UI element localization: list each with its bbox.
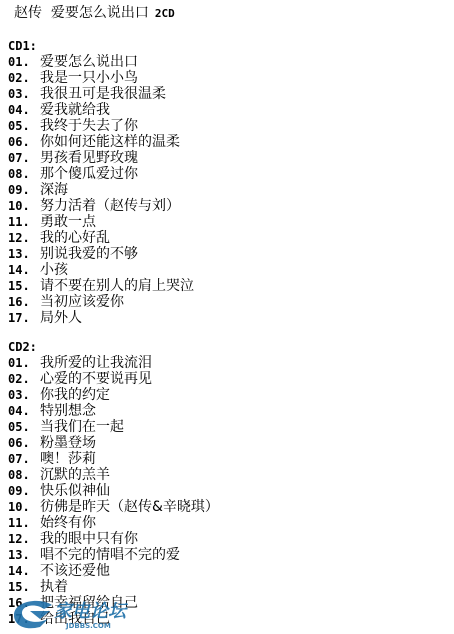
track-title: 沉默的羔羊 xyxy=(40,467,110,483)
track-number: 07. xyxy=(8,451,40,467)
track-number: 08. xyxy=(8,166,40,182)
track-number: 04. xyxy=(8,102,40,118)
track-title: 小孩 xyxy=(40,262,68,278)
track-number: 10. xyxy=(8,198,40,214)
track-title: 你如何还能这样的温柔 xyxy=(40,134,180,150)
track-number: 12. xyxy=(8,531,40,547)
track-row: 02.我是一只小小鸟 xyxy=(8,70,194,86)
track-row: 15.请不要在别人的肩上哭泣 xyxy=(8,278,194,294)
track-number: 15. xyxy=(8,278,40,294)
track-row: 16.当初应该爱你 xyxy=(8,294,194,310)
track-row: 04.特别想念 xyxy=(8,403,219,419)
track-number: 11. xyxy=(8,515,40,531)
track-number: 03. xyxy=(8,387,40,403)
cd1-label: CD1: xyxy=(8,38,194,54)
track-title: 努力活着（赵传与刘） xyxy=(40,198,180,214)
track-title: 我是一只小小鸟 xyxy=(40,70,138,86)
track-number: 02. xyxy=(8,371,40,387)
track-number: 04. xyxy=(8,403,40,419)
track-row: 17.局外人 xyxy=(8,310,194,326)
track-title: 局外人 xyxy=(40,310,82,326)
track-number: 02. xyxy=(8,70,40,86)
cd2-label: CD2: xyxy=(8,339,219,355)
track-row: 11.始终有你 xyxy=(8,515,219,531)
track-title: 当我们在一起 xyxy=(40,419,124,435)
track-title: 当初应该爱你 xyxy=(40,294,124,310)
track-number: 09. xyxy=(8,182,40,198)
track-row: 04.爱我就给我 xyxy=(8,102,194,118)
track-title: 男孩看见野玫瑰 xyxy=(40,150,138,166)
track-row: 10.彷佛是昨天（赵传&辛晓琪） xyxy=(8,499,219,515)
track-number: 05. xyxy=(8,419,40,435)
album-format-tag: 2CD xyxy=(155,7,175,20)
track-title: 我所爱的让我流泪 xyxy=(40,355,152,371)
album-name: 爱要怎么说出口 xyxy=(51,5,149,21)
track-title: 粉墨登场 xyxy=(40,435,96,451)
track-row: 06.粉墨登场 xyxy=(8,435,219,451)
track-title: 噢！莎莉 xyxy=(40,451,96,467)
track-number: 09. xyxy=(8,483,40,499)
track-title: 你我的约定 xyxy=(40,387,110,403)
track-title: 心爱的不要说再见 xyxy=(40,371,152,387)
track-number: 07. xyxy=(8,150,40,166)
track-number: 05. xyxy=(8,118,40,134)
svg-text:家电论坛: 家电论坛 xyxy=(54,601,129,622)
track-number: 06. xyxy=(8,435,40,451)
track-row: 08.沉默的羔羊 xyxy=(8,467,219,483)
track-number: 17. xyxy=(8,310,40,326)
cd1-tracklist: CD1: 01.爱要怎么说出口02.我是一只小小鸟03.我很丑可是我很温柔04.… xyxy=(8,38,194,326)
track-row: 03.你我的约定 xyxy=(8,387,219,403)
track-number: 01. xyxy=(8,355,40,371)
page-title: 赵传 爱要怎么说出口2CD xyxy=(14,5,175,22)
track-number: 06. xyxy=(8,134,40,150)
track-title: 爱要怎么说出口 xyxy=(40,54,138,70)
track-number: 01. xyxy=(8,54,40,70)
track-row: 03.我很丑可是我很温柔 xyxy=(8,86,194,102)
track-row: 14.不该还爱他 xyxy=(8,563,219,579)
track-row: 14.小孩 xyxy=(8,262,194,278)
track-number: 14. xyxy=(8,563,40,579)
track-title: 那个傻瓜爱过你 xyxy=(40,166,138,182)
track-title: 我的心好乱 xyxy=(40,230,110,246)
track-row: 05.我终于失去了你 xyxy=(8,118,194,134)
track-row: 06.你如何还能这样的温柔 xyxy=(8,134,194,150)
track-title: 特别想念 xyxy=(40,403,96,419)
track-title: 唱不完的情唱不完的爱 xyxy=(40,547,180,563)
swirl-logo-icon: 家电论坛 JDBBS.COM xyxy=(10,593,140,631)
track-row: 12.我的心好乱 xyxy=(8,230,194,246)
track-number: 08. xyxy=(8,467,40,483)
track-title: 我的眼中只有你 xyxy=(40,531,138,547)
track-row: 07.男孩看见野玫瑰 xyxy=(8,150,194,166)
track-row: 12.我的眼中只有你 xyxy=(8,531,219,547)
track-number: 12. xyxy=(8,230,40,246)
track-number: 16. xyxy=(8,294,40,310)
track-row: 01.我所爱的让我流泪 xyxy=(8,355,219,371)
track-row: 08.那个傻瓜爱过你 xyxy=(8,166,194,182)
track-number: 11. xyxy=(8,214,40,230)
track-title: 不该还爱他 xyxy=(40,563,110,579)
track-row: 13.唱不完的情唱不完的爱 xyxy=(8,547,219,563)
track-row: 05.当我们在一起 xyxy=(8,419,219,435)
track-row: 02.心爱的不要说再见 xyxy=(8,371,219,387)
track-number: 03. xyxy=(8,86,40,102)
track-title: 我很丑可是我很温柔 xyxy=(40,86,166,102)
track-row: 10.努力活着（赵传与刘） xyxy=(8,198,194,214)
track-number: 10. xyxy=(8,499,40,515)
artist-name: 赵传 xyxy=(14,5,42,21)
track-row: 11.勇敢一点 xyxy=(8,214,194,230)
track-row: 09.快乐似神仙 xyxy=(8,483,219,499)
track-row: 09.深海 xyxy=(8,182,194,198)
site-watermark-logo: 家电论坛 JDBBS.COM xyxy=(10,593,140,631)
track-title: 我终于失去了你 xyxy=(40,118,138,134)
cd2-tracklist: CD2: 01.我所爱的让我流泪02.心爱的不要说再见03.你我的约定04.特别… xyxy=(8,339,219,627)
track-title: 爱我就给我 xyxy=(40,102,110,118)
track-title: 深海 xyxy=(40,182,68,198)
track-number: 13. xyxy=(8,547,40,563)
track-row: 01.爱要怎么说出口 xyxy=(8,54,194,70)
track-title: 请不要在别人的肩上哭泣 xyxy=(40,278,194,294)
track-title: 别说我爱的不够 xyxy=(40,246,138,262)
track-row: 07.噢！莎莉 xyxy=(8,451,219,467)
track-number: 13. xyxy=(8,246,40,262)
track-title: 始终有你 xyxy=(40,515,96,531)
svg-text:JDBBS.COM: JDBBS.COM xyxy=(65,622,111,630)
track-row: 13.别说我爱的不够 xyxy=(8,246,194,262)
track-title: 快乐似神仙 xyxy=(40,483,110,499)
track-title: 彷佛是昨天（赵传&辛晓琪） xyxy=(40,499,219,515)
track-title: 勇敢一点 xyxy=(40,214,96,230)
track-number: 14. xyxy=(8,262,40,278)
